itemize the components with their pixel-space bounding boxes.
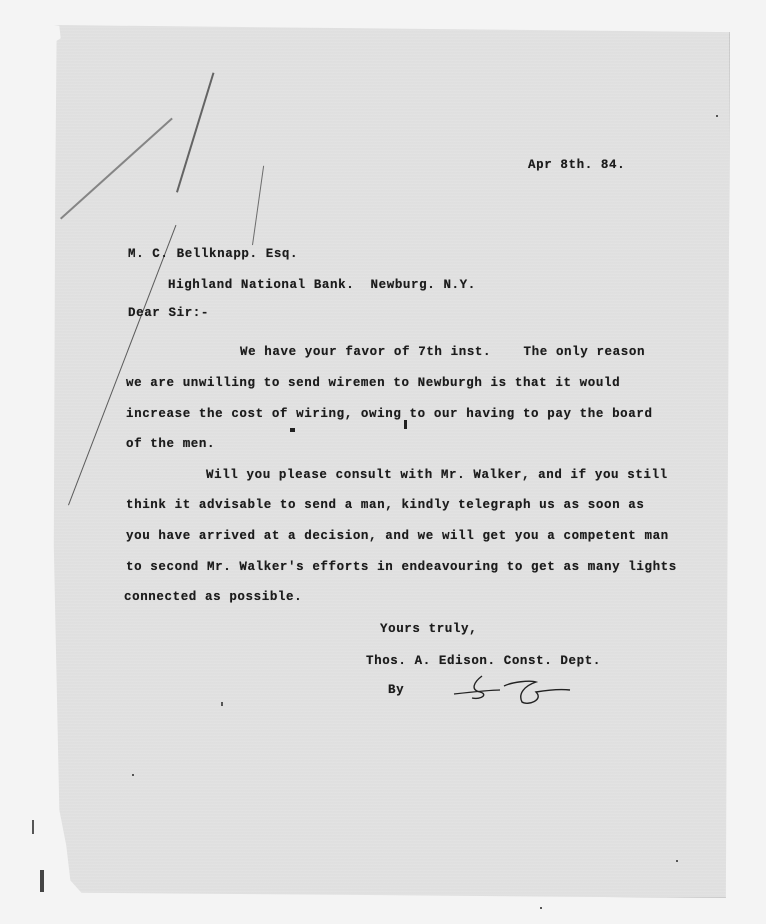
ink-speck — [40, 870, 44, 892]
ink-speck — [290, 428, 295, 432]
signatory: Thos. A. Edison. Const. Dept. — [366, 654, 601, 668]
letter-date: Apr 8th. 84. — [528, 158, 625, 172]
ink-speck — [132, 774, 134, 776]
ink-speck — [404, 420, 407, 429]
body-line: Will you please consult with Mr. Walker,… — [206, 468, 668, 482]
body-line: we are unwilling to send wiremen to Newb… — [126, 376, 620, 390]
body-line: to second Mr. Walker's efforts in endeav… — [126, 560, 677, 574]
body-line: think it advisable to send a man, kindly… — [126, 498, 644, 512]
body-line: connected as possible. — [124, 590, 302, 604]
scanned-document: Apr 8th. 84. M. C. Bellknapp. Esq. Highl… — [0, 0, 766, 924]
body-line: increase the cost of wiring, owing to ou… — [126, 407, 653, 421]
ink-speck — [540, 907, 542, 909]
closing: Yours truly, — [380, 622, 477, 636]
recipient-address: Highland National Bank. Newburg. N.Y. — [168, 278, 476, 292]
handwritten-signature — [452, 672, 572, 708]
body-line: of the men. — [126, 437, 215, 451]
by-label: By — [388, 683, 404, 697]
salutation: Dear Sir:- — [128, 306, 209, 320]
ink-speck — [32, 820, 34, 834]
ink-speck — [221, 702, 223, 706]
recipient-name: M. C. Bellknapp. Esq. — [128, 247, 298, 261]
ink-speck — [716, 115, 718, 117]
body-line: you have arrived at a decision, and we w… — [126, 529, 669, 543]
letter-paper — [40, 18, 730, 898]
ink-speck — [676, 860, 678, 862]
body-line: We have your favor of 7th inst. The only… — [240, 345, 645, 359]
